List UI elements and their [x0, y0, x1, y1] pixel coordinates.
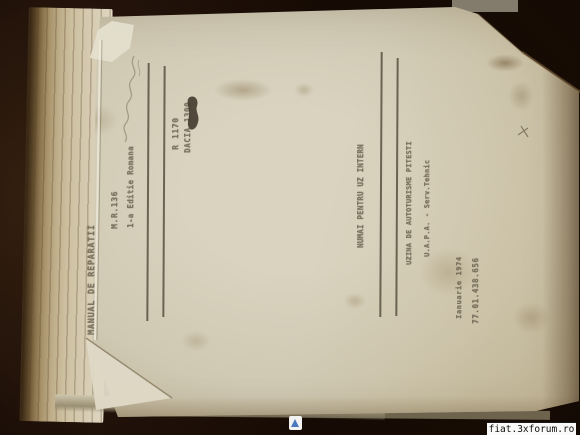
- edition-line: 1-a Editie Romana: [126, 146, 135, 228]
- artifact-wedge: [291, 419, 299, 427]
- reference-number: 77.01.438.656: [471, 258, 480, 325]
- publisher-department: U.A.P.A. - Serv.Tehnic: [423, 160, 431, 257]
- page-title: MANUAL DE REPARATII: [87, 224, 97, 335]
- internal-use-notice: NUMAI PENTRU UZ INTERN: [356, 144, 365, 248]
- publisher-name: UZINA DE AUTOTURISME PITESTI: [405, 141, 413, 265]
- photo-of-manual-title-page: MANUAL DE REPARATII M.R.136 1-a Editie R…: [0, 0, 580, 435]
- manual-code: M.R.136: [110, 191, 119, 229]
- watermark: fiat.3xforum.ro: [487, 422, 576, 435]
- publication-date: Ianuarie 1974: [455, 256, 463, 319]
- photo-artifact-icon: [289, 416, 302, 430]
- model-name: DACIA 1300: [183, 102, 192, 153]
- type-code: R 1170: [171, 118, 180, 151]
